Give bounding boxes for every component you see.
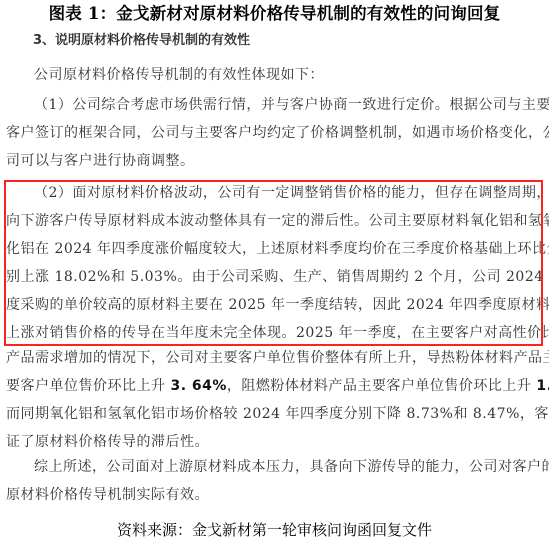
paragraph-2-continued: 产品需求增加的情况下，公司对主要客户单位售价整体有所上升，导热粉体材料产品主 要… [6,344,506,456]
paragraph-line-with-bold-figures: 要客户单位售价环比上升 3. 64%，阻燃粉体材料产品主要客户单位售价环比上升 … [6,372,506,400]
paragraph-line: 证了原材料价格传导的滞后性。 [6,428,506,456]
paragraph-2-highlighted: （2）面对原材料价格波动，公司有一定调整销售价格的能力，但存在调整周期， 向下游… [6,179,506,347]
paragraph-line: 产品需求增加的情况下，公司对主要客户单位售价整体有所上升，导热粉体材料产品主 [6,344,506,372]
paragraph-line: （1）公司综合考虑市场供需行情，并与客户协商一致进行定价。根据公司与主要 [6,91,506,119]
paragraph-line: 化铝在 2024 年四季度涨价幅度较大，上述原材料季度均价在三季度价格基础上环比… [6,235,506,263]
paragraph-line: 别上涨 18.02%和 5.03%。由于公司采购、生产、销售周期约 2 个月，公… [6,263,506,291]
intro-paragraph: 公司原材料价格传导机制的有效性体现如下： [6,61,506,89]
paragraph-line: 向下游客户传导原材料成本波动整体具有一定的滞后性。公司主要原材料氧化铝和氢氧 [6,207,506,235]
paragraph-line: 司可以与客户进行协商调整。 [6,147,506,175]
paragraph-line: 客户签订的框架合同，公司与主要客户均约定了价格调整机制，如遇市场价格变化，公 [6,119,506,147]
paragraph-line: 原材料价格传导机制实际有效。 [6,481,506,509]
bold-figure-flame-retardant: 1. 90% [536,378,549,394]
paragraph-1: （1）公司综合考虑市场供需行情，并与客户协商一致进行定价。根据公司与主要 客户签… [6,91,506,175]
text-segment: 要客户单位售价环比上升 [6,378,170,394]
section-heading: 3、说明原材料价格传导机制的有效性 [33,31,250,51]
conclusion-paragraph: 综上所述，公司面对上游原材料成本压力，具备向下游传导的能力，公司对客户的 原材料… [6,453,506,509]
paragraph-line: 上涨对销售价格的传导在当年度未完全体现。2025 年一季度，在主要客户对高性价比 [6,319,506,347]
paragraph-line: 综上所述，公司面对上游原材料成本压力，具备向下游传导的能力，公司对客户的 [6,453,506,481]
paragraph-line: （2）面对原材料价格波动，公司有一定调整销售价格的能力，但存在调整周期， [6,179,506,207]
text-segment: ，阻燃粉体材料产品主要客户单位售价环比上升 [227,378,536,394]
source-caption: 资料来源：金戈新材第一轮审核问询函回复文件 [0,519,549,541]
paragraph-line: 度采购的单价较高的原材料主要在 2025 年一季度结转，因此 2024 年四季度… [6,291,506,319]
intro-line: 公司原材料价格传导机制的有效性体现如下： [6,61,506,89]
figure-title: 图表 1：金戈新材对原材料价格传导机制的有效性的问询回复 [0,3,549,25]
bold-figure-thermal: 3. 64% [170,378,226,394]
paragraph-line: 而同期氧化铝和氢氧化铝市场价格较 2024 年四季度分别下降 8.73%和 8.… [6,400,506,428]
